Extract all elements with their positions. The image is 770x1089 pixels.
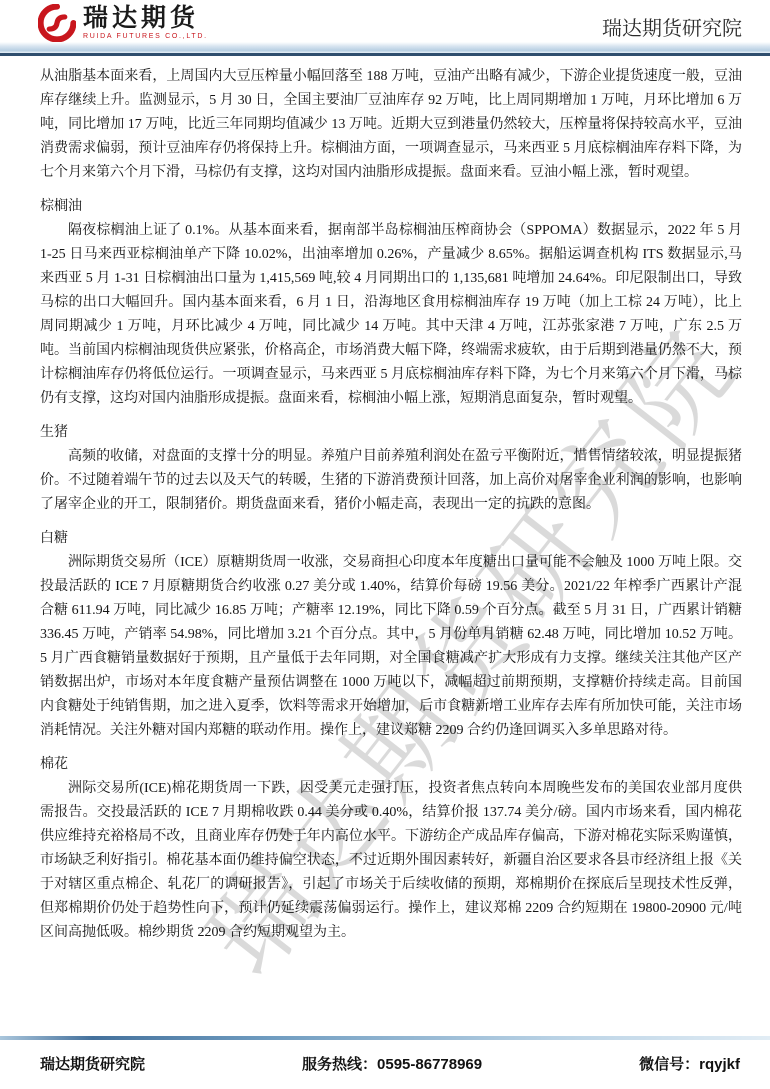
paragraph-oils-overview: 从油脂基本面来看，上周国内大豆压榨量小幅回落至 188 万吨，豆油产出略有减少，… [40,65,742,185]
section-heading-live-hogs: 生猪 [40,421,742,445]
paragraph-live-hogs: 高频的收储，对盘面的支撑十分的明显。养殖户目前养殖利润处在盈亏平衡附近，惜售情绪… [40,445,742,517]
hotline-number: 0595-86778969 [377,1056,482,1073]
hotline-label: 服务热线： [302,1056,377,1073]
footer-org: 瑞达期货研究院 [40,1053,145,1074]
paragraph-palm-oil: 隔夜棕榈油上证了 0.1%。从基本面来看，据南部半岛棕榈油压榨商协会（SPPOM… [40,219,742,411]
footer-row: 瑞达期货研究院 服务热线：0595-86778969 微信号：rqyjkf [0,1040,770,1089]
company-logo: 瑞达期货 RUIDA FUTURES CO.,LTD. [38,4,208,42]
wechat-label: 微信号： [639,1056,699,1073]
section-white-sugar: 白糖 洲际期货交易所（ICE）原糖期货周一收涨，交易商担心印度本年度糖出口量可能… [40,527,742,743]
footer: 瑞达期货研究院 服务热线：0595-86778969 微信号：rqyjkf [0,1036,770,1089]
footer-wechat: 微信号：rqyjkf [639,1053,740,1074]
section-live-hogs: 生猪 高频的收储，对盘面的支撑十分的明显。养殖户目前养殖利润处在盈亏平衡附近，惜… [40,421,742,517]
section-cotton: 棉花 洲际交易所(ICE)棉花期货周一下跌，因受美元走强打压，投资者焦点转向本周… [40,753,742,945]
paragraph-cotton: 洲际交易所(ICE)棉花期货周一下跌，因受美元走强打压，投资者焦点转向本周晚些发… [40,777,742,945]
report-body: 从油脂基本面来看，上周国内大豆压榨量小幅回落至 188 万吨，豆油产出略有减少，… [0,56,770,945]
section-palm-oil: 棕榈油 隔夜棕榈油上证了 0.1%。从基本面来看，据南部半岛棕榈油压榨商协会（S… [40,195,742,411]
header-title: 瑞达期货研究院 [602,12,742,42]
ruida-logo-icon [38,4,76,42]
section-heading-palm-oil: 棕榈油 [40,195,742,219]
report-page: 瑞达期货 RUIDA FUTURES CO.,LTD. 瑞达期货研究院 瑞达期货… [0,0,770,945]
footer-hotline: 服务热线：0595-86778969 [302,1053,482,1074]
logo-text: 瑞达期货 RUIDA FUTURES CO.,LTD. [83,6,208,40]
header: 瑞达期货 RUIDA FUTURES CO.,LTD. 瑞达期货研究院 [0,0,770,42]
section-heading-cotton: 棉花 [40,753,742,777]
brand-subtitle: RUIDA FUTURES CO.,LTD. [83,33,208,40]
paragraph-white-sugar: 洲际期货交易所（ICE）原糖期货周一收涨，交易商担心印度本年度糖出口量可能不会触… [40,551,742,743]
header-divider [0,42,770,56]
wechat-id: rqyjkf [699,1056,740,1073]
section-heading-white-sugar: 白糖 [40,527,742,551]
brand-name: 瑞达期货 [83,6,208,31]
